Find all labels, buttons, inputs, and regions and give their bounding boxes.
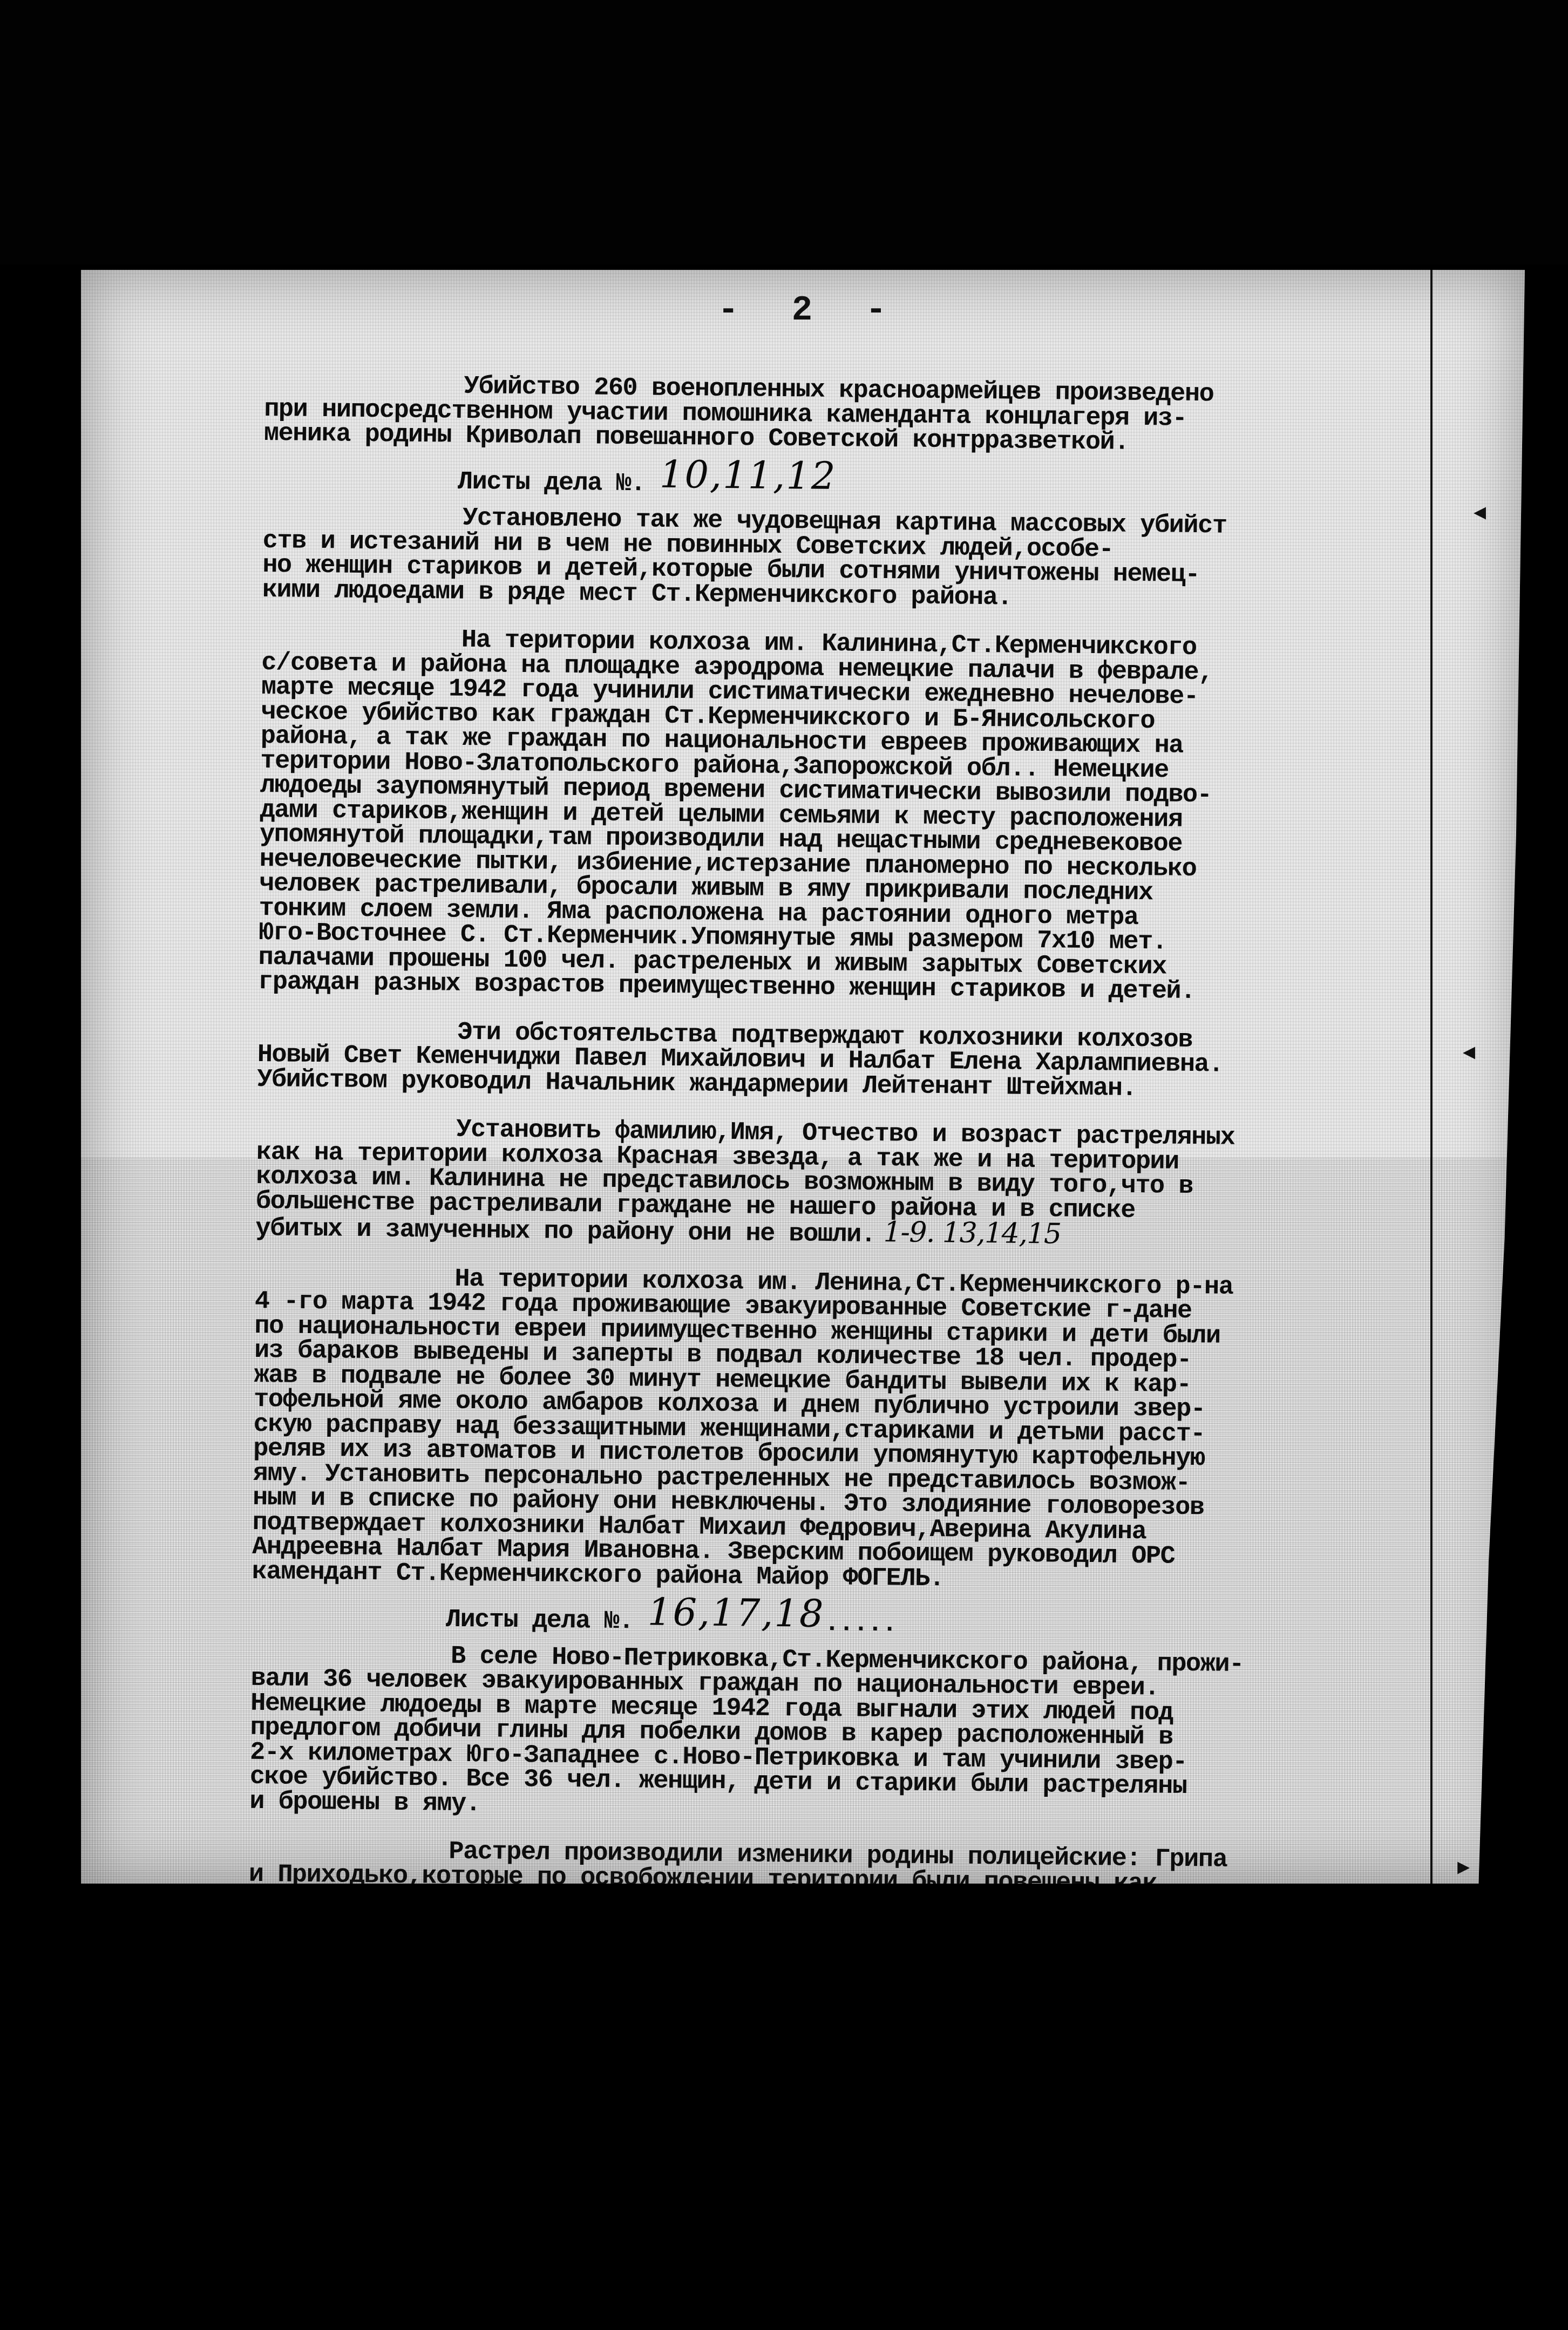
page-number: - 2 - xyxy=(718,291,902,330)
margin-speck-mark: ◂ xyxy=(1474,497,1486,526)
margin-speck-mark: ▸ xyxy=(1457,1851,1470,1880)
reference-label: Листы дела №. xyxy=(446,1606,648,1636)
margin-rule xyxy=(1430,270,1433,1884)
reference-label: Листы дела №. xyxy=(458,467,660,498)
margin-speck-mark: ◂ xyxy=(1463,1036,1475,1065)
scan-background xyxy=(0,0,1568,264)
handwritten-annotation: 1-9. 13,14,15 xyxy=(875,1216,1061,1251)
paragraph: На територии колхоза им. Ленина,Ст.Керме… xyxy=(252,1265,1404,1596)
text-line: изменики родины.Зверской расправой руков… xyxy=(248,1887,1398,1924)
paragraph: В селе Ново-Петриковка,Ст.Керменчикского… xyxy=(249,1642,1401,1826)
paragraph: Установить фамилию,Имя, Отчество и возра… xyxy=(255,1116,1406,1253)
handwritten-sheet-numbers: 16,17,18 xyxy=(647,1590,825,1636)
paragraph: На територии колхоза им. Калинина,Ст.Кер… xyxy=(258,626,1411,1007)
paragraph: Эти обстоятельства подтверждают колхозни… xyxy=(257,1018,1407,1104)
paragraph: Убийство 260 военопленных красноармейцев… xyxy=(264,372,1414,458)
document-body: Убийство 260 военопленных красноармейцев… xyxy=(248,372,1414,1948)
text-line: Лейтенант Штейхман. xyxy=(248,1911,1398,1948)
reference-trail: ..... xyxy=(824,1609,897,1639)
paragraph: Растрел производили изменики родины поли… xyxy=(248,1838,1399,1948)
handwritten-sheet-numbers: 10,11,12 xyxy=(660,452,837,498)
document-page: ◂ ◂ ▸ - 2 - Убийство 260 военопленных кр… xyxy=(81,270,1525,1884)
paragraph: Установлено так же чудовещная картина ма… xyxy=(262,504,1413,614)
